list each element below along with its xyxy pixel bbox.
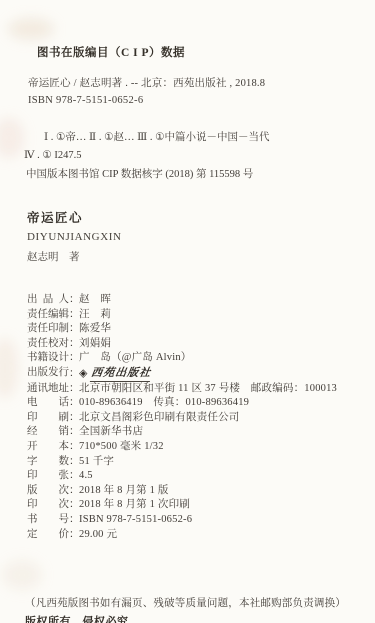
row-colon: ：: [69, 455, 79, 470]
row-colon: ：: [69, 411, 79, 426]
row-label: 出版发行: [27, 366, 69, 381]
cip-class-line-1: Ⅰ . ①帝… Ⅱ . ①赵… Ⅲ . ①中篇小说－中国－当代: [44, 129, 375, 144]
scan-artifact: [0, 338, 18, 398]
colophon-row-phone: 电话：010-89636419 传真：010-89636419: [27, 396, 375, 411]
row-colon: ：: [69, 528, 79, 543]
cip-class-line-2: Ⅳ . ① I247.5: [24, 149, 375, 161]
publisher-logo-script: 西苑出版社: [90, 366, 152, 382]
colophon-row-proofreader: 责任校对：刘娟娟: [27, 337, 375, 352]
row-label: 印张: [27, 469, 69, 484]
colophon-row-sheets: 印张：4.5: [27, 469, 375, 484]
row-label: 版次: [27, 484, 69, 499]
book-title: 帝运匠心: [27, 208, 375, 226]
colophon-row-designer: 书籍设计：广 岛（@广岛 Alvin）: [27, 351, 375, 366]
row-colon: ：: [69, 293, 79, 308]
row-colon: ：: [69, 425, 79, 440]
scan-artifact: [2, 560, 42, 590]
row-label: 责任印制: [27, 322, 69, 337]
colophon-row-address: 通讯地址：北京市朝阳区和平街 11 区 37 号楼 邮政编码：100013: [27, 382, 375, 397]
row-value: 全国新华书店: [79, 426, 143, 437]
book-author: 赵志明 著: [27, 249, 375, 264]
row-colon: ：: [69, 308, 79, 323]
row-value: 2018 年 8 月第 1 次印刷: [79, 499, 190, 510]
row-value: 广 岛（@广岛 Alvin）: [79, 352, 192, 363]
row-value: 4.5: [79, 470, 93, 481]
row-value: 陈爱华: [79, 323, 111, 334]
row-value: 2018 年 8 月第 1 版: [79, 485, 169, 496]
row-colon: ：: [69, 367, 79, 382]
colophon-row-format: 开本：710*500 毫米 1/32: [27, 440, 375, 455]
book-pinyin: DIYUNJIANGXIN: [27, 231, 375, 243]
row-colon: ：: [69, 484, 79, 499]
colophon-row-distributor: 经销：全国新华书店: [27, 425, 375, 440]
row-value: 51 千字: [79, 456, 114, 467]
row-value: 汪 莉: [79, 309, 111, 320]
row-label: 责任校对: [27, 337, 69, 352]
copyright-page: 图书在版编目（C I P）数据 帝运匠心 / 赵志明著 . -- 北京：西苑出版…: [0, 0, 375, 623]
row-label: 定价: [27, 528, 69, 543]
row-value: 北京文昌阁彩色印刷有限责任公司: [79, 412, 240, 423]
row-label: 印次: [27, 498, 69, 513]
row-colon: ：: [69, 351, 79, 366]
colophon-row-editor: 责任编辑：汪 莉: [27, 308, 375, 323]
cip-record-line: 帝运匠心 / 赵志明著 . -- 北京：西苑出版社 , 2018.8: [28, 75, 375, 90]
colophon-row-printer: 印刷：北京文昌阁彩色印刷有限责任公司: [27, 411, 375, 426]
row-value: 赵 晖: [79, 294, 111, 305]
row-label: 经销: [27, 425, 69, 440]
publisher-logo-icon: ◈: [79, 366, 87, 381]
row-value: 刘娟娟: [79, 338, 111, 349]
row-colon: ：: [69, 396, 79, 411]
row-label: 书籍设计: [27, 351, 69, 366]
scan-artifact: [8, 18, 54, 40]
row-value: ISBN 978-7-5151-0652-6: [79, 514, 192, 525]
row-label: 字数: [27, 455, 69, 470]
row-label: 书号: [27, 513, 69, 528]
row-label: 印刷: [27, 411, 69, 426]
row-label: 通讯地址: [27, 382, 69, 397]
colophon-row-price: 定价：29.00 元: [27, 528, 375, 543]
scan-artifact: [0, 118, 24, 158]
row-colon: ：: [69, 469, 79, 484]
cip-registry-line: 中国版本图书馆 CIP 数据核字 (2018) 第 115598 号: [26, 166, 375, 181]
row-label: 开本: [27, 440, 69, 455]
row-colon: ：: [69, 382, 79, 397]
colophon-block: 出品人：赵 晖 责任编辑：汪 莉 责任印制：陈爱华 责任校对：刘娟娟 书籍设计：…: [27, 293, 375, 542]
row-value: 北京市朝阳区和平街 11 区 37 号楼 邮政编码：100013: [79, 383, 337, 394]
row-value: 710*500 毫米 1/32: [79, 441, 164, 452]
row-value: 29.00 元: [79, 529, 117, 540]
row-colon: ：: [69, 513, 79, 528]
cip-header: 图书在版编目（C I P）数据: [37, 44, 375, 60]
row-colon: ：: [69, 440, 79, 455]
row-colon: ：: [69, 498, 79, 513]
row-colon: ：: [69, 322, 79, 337]
quality-exchange-note: （凡西苑版图书如有漏页、残破等质量问题，本社邮购部负责调换）: [25, 595, 375, 610]
colophon-row-edition: 版次：2018 年 8 月第 1 版: [27, 484, 375, 499]
colophon-row-print-supervisor: 责任印制：陈爱华: [27, 322, 375, 337]
colophon-row-word-count: 字数：51 千字: [27, 455, 375, 470]
colophon-row-impression: 印次：2018 年 8 月第 1 次印刷: [27, 498, 375, 513]
row-colon: ：: [69, 337, 79, 352]
colophon-row-isbn: 书号：ISBN 978-7-5151-0652-6: [27, 513, 375, 528]
colophon-row-producer: 出品人：赵 晖: [27, 293, 375, 308]
row-label: 出品人: [27, 293, 69, 308]
row-label: 电话: [27, 396, 69, 411]
cip-isbn-line: ISBN 978-7-5151-0652-6: [28, 95, 375, 106]
copyright-notice: 版权所有，侵权必究: [25, 613, 375, 623]
colophon-row-publisher: 出版发行：◈西苑出版社: [27, 366, 375, 382]
row-label: 责任编辑: [27, 308, 69, 323]
row-value: 010-89636419 传真：010-89636419: [79, 397, 249, 408]
